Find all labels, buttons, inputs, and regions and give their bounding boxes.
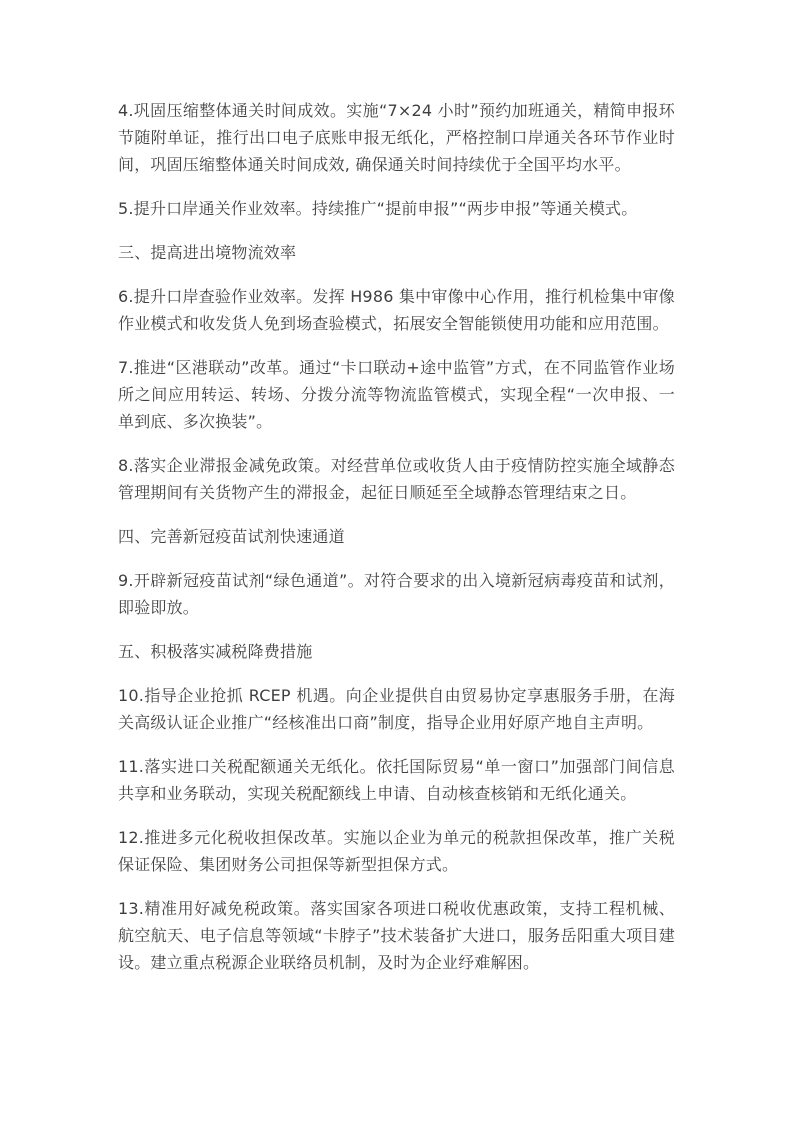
paragraph-item-4: 4.巩固压缩整体通关时间成效。实施“7×24 小时”预约加班通关，精简申报环节随… [118, 97, 675, 178]
paragraph-item-6: 6.提升口岸查验作业效率。发挥 H986 集中审像中心作用，推行机检集中审像作业… [118, 283, 675, 337]
paragraph-item-12: 12.推进多元化税收担保改革。实施以企业为单元的税款担保改革，推广关税保证保险、… [118, 824, 675, 878]
paragraph-item-9: 9.开辟新冠疫苗试剂“绿色通道”。对符合要求的出入境新冠病毒疫苗和试剂，即验即放… [118, 567, 675, 621]
paragraph-item-8: 8.落实企业滞报金减免政策。对经营单位或收货人由于疫情防控实施全域静态管理期间有… [118, 452, 675, 506]
document-page: 4.巩固压缩整体通关时间成效。实施“7×24 小时”预约加班通关，精简申报环节随… [0, 0, 793, 1122]
paragraph-item-10: 10.指导企业抢抓 RCEP 机遇。向企业提供自由贸易协定享惠服务手册，在海关高… [118, 682, 675, 736]
paragraph-item-7: 7.推进“区港联动”改革。通过“卡口联动+途中监管”方式，在不同监管作业场所之间… [118, 354, 675, 435]
section-heading-three: 三、提高进出境物流效率 [118, 239, 675, 266]
paragraph-item-13: 13.精准用好减免税政策。落实国家各项进口税收优惠政策，支持工程机械、航空航天、… [118, 895, 675, 976]
paragraph-item-11: 11.落实进口关税配额通关无纸化。依托国际贸易“单一窗口”加强部门间信息共享和业… [118, 753, 675, 807]
section-heading-four: 四、完善新冠疫苗试剂快速通道 [118, 523, 675, 550]
paragraph-item-5: 5.提升口岸通关作业效率。持续推广“提前申报”“两步申报”等通关模式。 [118, 195, 675, 222]
section-heading-five: 五、积极落实减税降费措施 [118, 638, 675, 665]
